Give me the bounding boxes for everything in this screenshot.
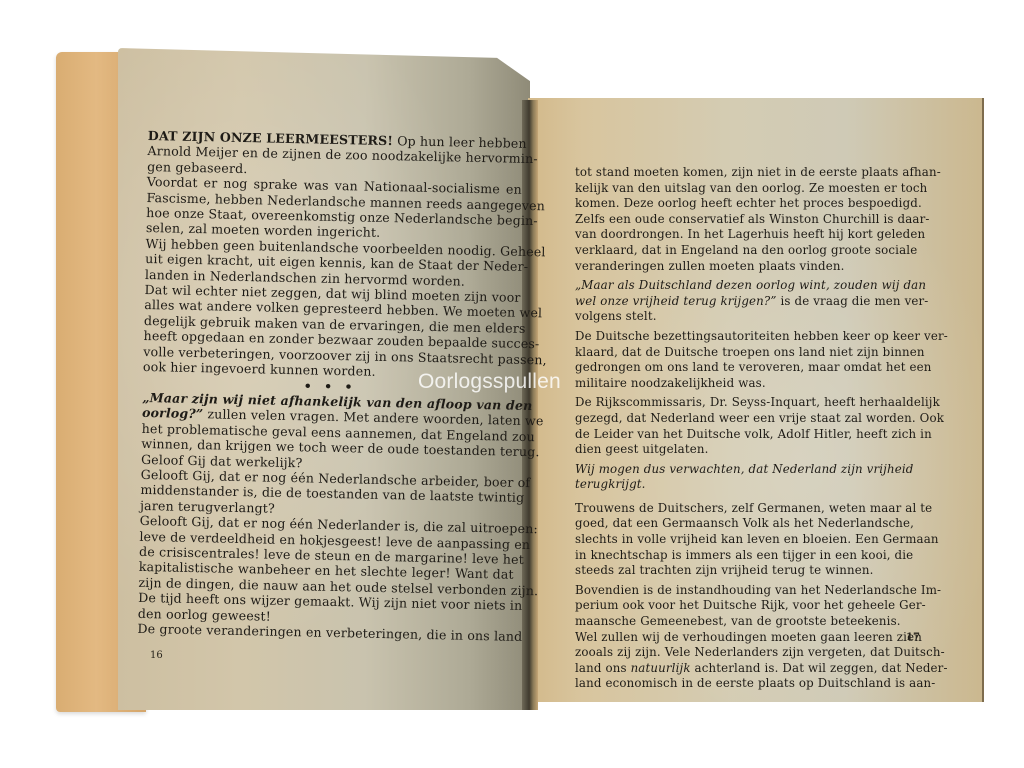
text-line: land economisch in de eerste plaats op D… xyxy=(575,676,912,692)
text-line: de Leider van het Duitsche volk, Adolf H… xyxy=(575,427,912,443)
text-line: terugkrijgt. xyxy=(575,477,912,493)
text-line: komen. Deze oorlog heeft echter het proc… xyxy=(575,196,912,212)
text-line: tot stand moeten komen, zijn niet in de … xyxy=(575,165,912,181)
right-page-text: tot stand moeten komen, zijn niet in de … xyxy=(575,165,912,692)
text-line: Zelfs een oude conservatief als Winston … xyxy=(575,212,912,228)
text-line: Bovendien is de instandhouding van het N… xyxy=(575,583,912,599)
text-line: kelijk van den uitslag van den oorlog. Z… xyxy=(575,181,912,197)
text-line: gedrongen om ons land te veroveren, maar… xyxy=(575,360,912,376)
text-line: klaard, dat de Duitsche troepen ons land… xyxy=(575,345,912,361)
text-line: goed, dat een Germaansch Volk als het Ne… xyxy=(575,516,912,532)
text-line: Wel zullen wij de verhoudingen moeten ga… xyxy=(575,630,912,646)
watermark: Oorlogsspullen xyxy=(418,370,561,394)
text-line: De Rijkscommissaris, Dr. Seyss-Inquart, … xyxy=(575,395,912,411)
text-line: steeds zal trachten zijn vrijheid terug … xyxy=(575,563,912,579)
text-line: verklaard, dat in Engeland na den oorlog… xyxy=(575,243,912,259)
page-number-left: 16 xyxy=(150,650,163,661)
text-line: Trouwens de Duitschers, zelf Germanen, w… xyxy=(575,501,912,517)
text-line: „Maar als Duitschland dezen oorlog wint,… xyxy=(575,278,912,294)
text-line: volgens stelt. xyxy=(575,309,912,325)
text-line: militaire noodzakelijkheid was. xyxy=(575,376,912,392)
text-line: De Duitsche bezettingsautoriteiten hebbe… xyxy=(575,329,912,345)
text-line: veranderingen zullen moeten plaats vinde… xyxy=(575,259,912,275)
text-line: van doordrongen. In het Lagerhuis heeft … xyxy=(575,227,912,243)
text-line: perium ook voor het Duitsche Rijk, voor … xyxy=(575,598,912,614)
page-number-right: 17 xyxy=(906,632,920,643)
text-line: wel onze vrijheid terug krijgen?” is de … xyxy=(575,294,912,310)
text-line: slechts in volle vrijheid kan leven en b… xyxy=(575,532,912,548)
text-line: in knechtschap is immers als een tijger … xyxy=(575,548,912,564)
text-line: Wij mogen dus verwachten, dat Nederland … xyxy=(575,462,912,478)
text-line: gezegd, dat Nederland weer een vrije sta… xyxy=(575,411,912,427)
open-book-photo: DAT ZIJN ONZE LEERMEESTERS! Op hun leer … xyxy=(0,0,1024,768)
text-line: maansche Gemeenebest, van de grootste be… xyxy=(575,614,912,630)
text-line: land ons natuurlijk achterland is. Dat w… xyxy=(575,661,912,677)
text-line: dien geest uitgelaten. xyxy=(575,442,912,458)
text-line: zooals zij zijn. Vele Nederlanders zijn … xyxy=(575,645,912,661)
